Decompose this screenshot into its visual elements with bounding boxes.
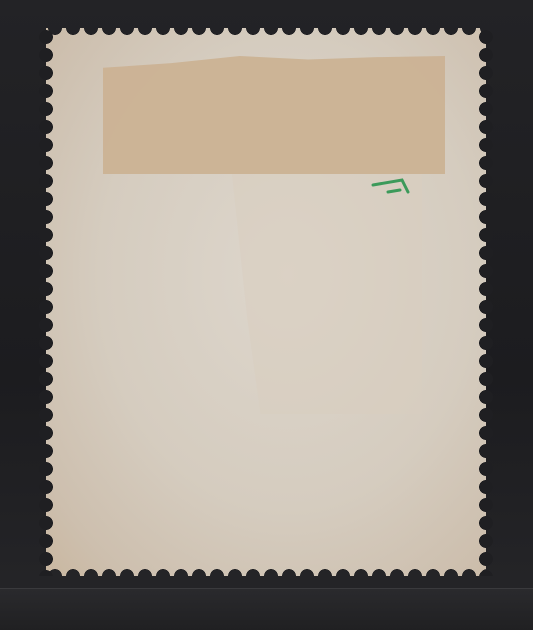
thinned-paper-area (232, 174, 422, 414)
stock-card-strip (0, 588, 533, 630)
green-pencil-mark (368, 176, 414, 206)
right-perforations (479, 28, 493, 576)
hinge-remnant (103, 56, 445, 174)
left-perforations (39, 28, 53, 576)
